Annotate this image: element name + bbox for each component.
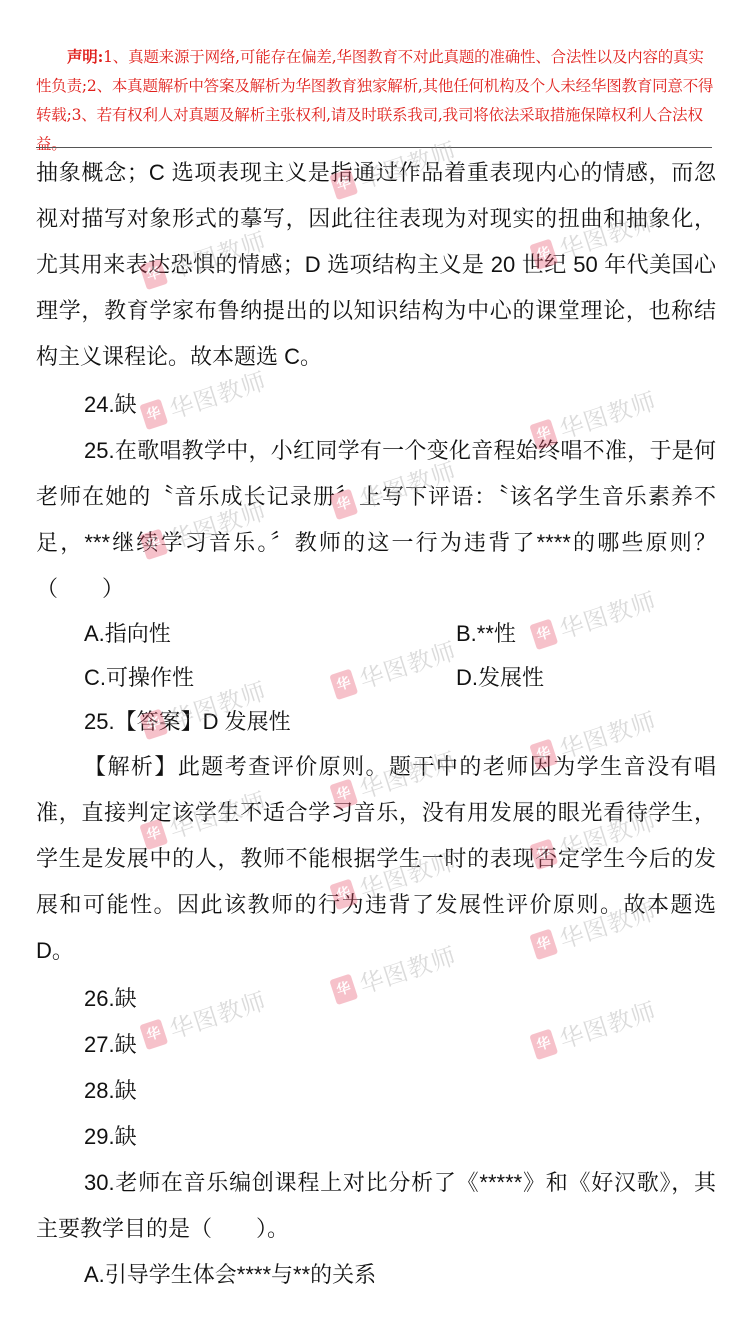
document-body: 抽象概念；C 选项表现主义是指通过作品着重表现内心的情感，而忽视对描写对象形式的… <box>36 150 716 1298</box>
question-27: 27.缺 <box>36 1022 716 1068</box>
option-d: D.发展性 <box>456 656 544 700</box>
question-25-stem: 25.在歌唱教学中，小红同学有一个变化音程始终唱不准，于是何老师在她的〝音乐成长… <box>36 428 716 612</box>
disclaimer-text: 1、真题来源于网络,可能存在偏差,华图教育不对此真题的准确性、合法性以及内容的真… <box>36 48 713 153</box>
disclaimer-label: 声明: <box>67 47 103 66</box>
question-29: 29.缺 <box>36 1114 716 1160</box>
option-b: B.**性 <box>456 612 516 656</box>
header-divider <box>36 147 712 148</box>
question-25-answer: 25.【答案】D 发展性 <box>36 700 716 744</box>
disclaimer: 声明:1、真题来源于网络,可能存在偏差,华图教育不对此真题的准确性、合法性以及内… <box>36 42 714 159</box>
continued-analysis: 抽象概念；C 选项表现主义是指通过作品着重表现内心的情感，而忽视对描写对象形式的… <box>36 150 716 380</box>
question-24: 24.缺 <box>36 382 716 428</box>
question-28: 28.缺 <box>36 1068 716 1114</box>
question-30-option-a: A.引导学生体会****与**的关系 <box>36 1252 716 1298</box>
question-30-stem: 30.老师在音乐编创课程上对比分析了《*****》和《好汉歌》，其主要教学目的是… <box>36 1160 716 1252</box>
option-c: C.可操作性 <box>84 656 456 700</box>
question-25-analysis: 【解析】此题考查评价原则。题干中的老师因为学生音没有唱准，直接判定该学生不适合学… <box>36 744 716 974</box>
option-a: A.指向性 <box>84 612 456 656</box>
question-26: 26.缺 <box>36 976 716 1022</box>
question-25-options-row-2: C.可操作性 D.发展性 <box>36 656 716 700</box>
question-25-options-row-1: A.指向性 B.**性 <box>36 612 716 656</box>
